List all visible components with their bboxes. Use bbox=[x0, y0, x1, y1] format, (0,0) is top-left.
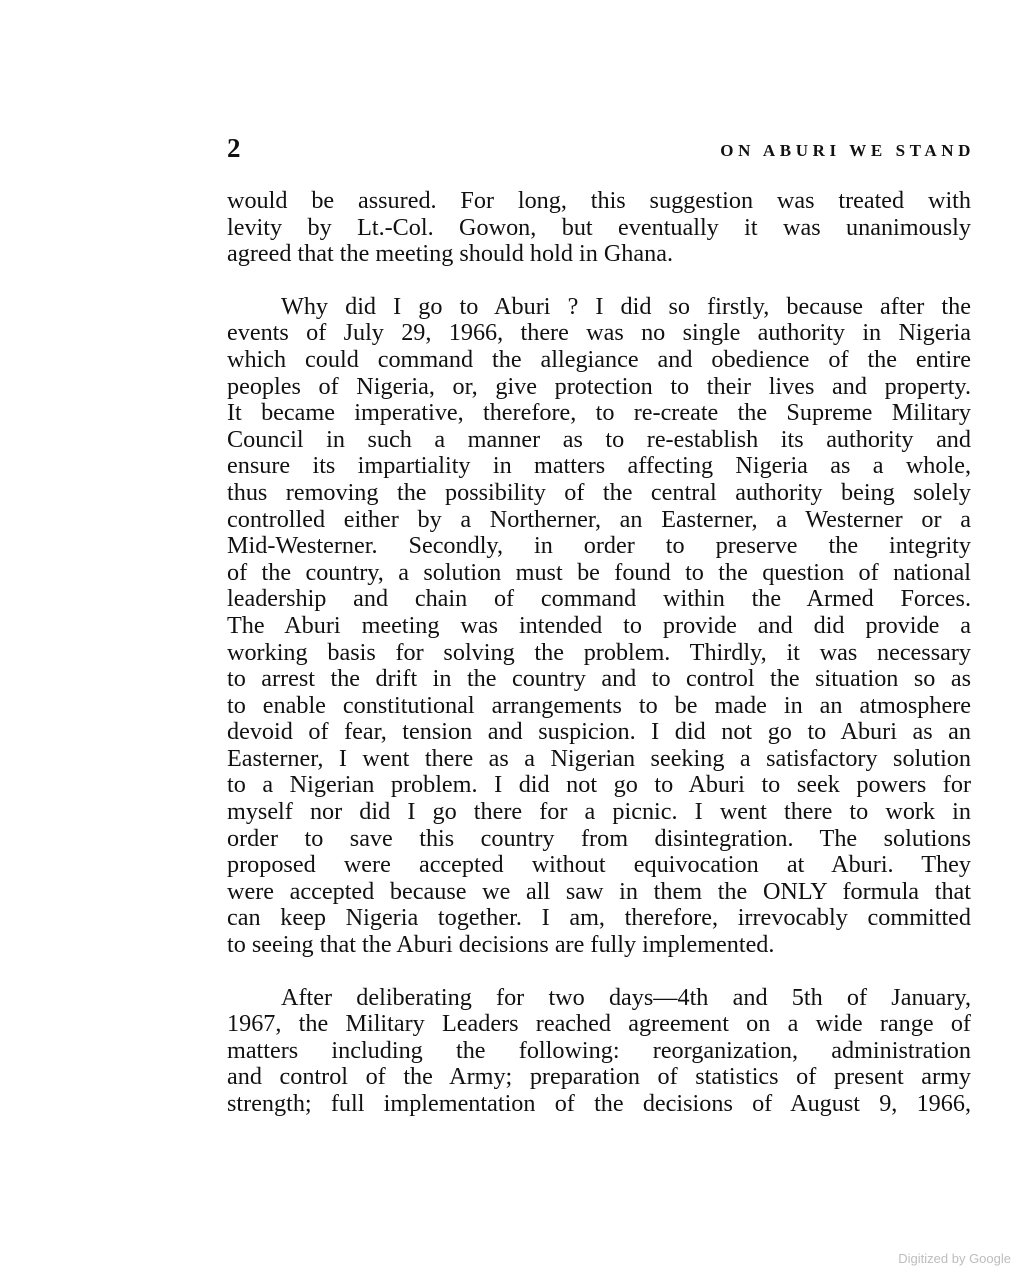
body-text: would be assured. For long, this suggest… bbox=[227, 188, 971, 1118]
text-line: myself nor did I go there for a picnic. … bbox=[227, 799, 971, 826]
text-line: 1967, the Military Leaders reached agree… bbox=[227, 1011, 971, 1038]
text-line: proposed were accepted without equivocat… bbox=[227, 852, 971, 879]
text-line: strength; full implementation of the dec… bbox=[227, 1091, 971, 1118]
text-line: to a Nigerian problem. I did not go to A… bbox=[227, 772, 971, 799]
text-line: events of July 29, 1966, there was no si… bbox=[227, 320, 971, 347]
text-line: can keep Nigeria together. I am, therefo… bbox=[227, 905, 971, 932]
text-line: Why did I go to Aburi ? I did so firstly… bbox=[227, 294, 971, 321]
text-line: agreed that the meeting should hold in G… bbox=[227, 241, 971, 268]
text-line: thus removing the possibility of the cen… bbox=[227, 480, 971, 507]
text-line: to seeing that the Aburi decisions are f… bbox=[227, 932, 971, 959]
text-line: of the country, a solution must be found… bbox=[227, 560, 971, 587]
text-line: It became imperative, therefore, to re-c… bbox=[227, 400, 971, 427]
text-line: After deliberating for two days—4th and … bbox=[227, 985, 971, 1012]
paragraph-deliberating: After deliberating for two days—4th and … bbox=[227, 985, 971, 1118]
text-line: which could command the allegiance and o… bbox=[227, 347, 971, 374]
text-line: would be assured. For long, this suggest… bbox=[227, 188, 971, 215]
text-line: matters including the following: reorgan… bbox=[227, 1038, 971, 1065]
text-line: Easterner, I went there as a Nigerian se… bbox=[227, 746, 971, 773]
page-number: 2 bbox=[227, 134, 241, 162]
paragraph-why-aburi: Why did I go to Aburi ? I did so firstly… bbox=[227, 294, 971, 959]
text-line: devoid of fear, tension and suspicion. I… bbox=[227, 719, 971, 746]
text-line: The Aburi meeting was intended to provid… bbox=[227, 613, 971, 640]
book-page: 2 ON ABURI WE STAND would be assured. Fo… bbox=[227, 132, 971, 1118]
text-line: ensure its impartiality in matters affec… bbox=[227, 453, 971, 480]
text-line: leadership and chain of command within t… bbox=[227, 586, 971, 613]
text-line: working basis for solving the problem. T… bbox=[227, 640, 971, 667]
running-head: 2 ON ABURI WE STAND bbox=[227, 132, 971, 168]
paragraph-continuation: would be assured. For long, this suggest… bbox=[227, 188, 971, 268]
text-line: to enable constitutional arrangements to… bbox=[227, 693, 971, 720]
text-line: Mid-Westerner. Secondly, in order to pre… bbox=[227, 533, 971, 560]
text-line: and control of the Army; preparation of … bbox=[227, 1064, 971, 1091]
text-line: controlled either by a Northerner, an Ea… bbox=[227, 507, 971, 534]
text-line: peoples of Nigeria, or, give protection … bbox=[227, 374, 971, 401]
running-title: ON ABURI WE STAND bbox=[720, 141, 975, 161]
text-line: were accepted because we all saw in them… bbox=[227, 879, 971, 906]
digitized-by-google-watermark: Digitized by Google bbox=[898, 1251, 1011, 1266]
text-line: order to save this country from disinteg… bbox=[227, 826, 971, 853]
text-line: to arrest the drift in the country and t… bbox=[227, 666, 971, 693]
text-line: levity by Lt.-Col. Gowon, but eventually… bbox=[227, 215, 971, 242]
text-line: Council in such a manner as to re-establ… bbox=[227, 427, 971, 454]
